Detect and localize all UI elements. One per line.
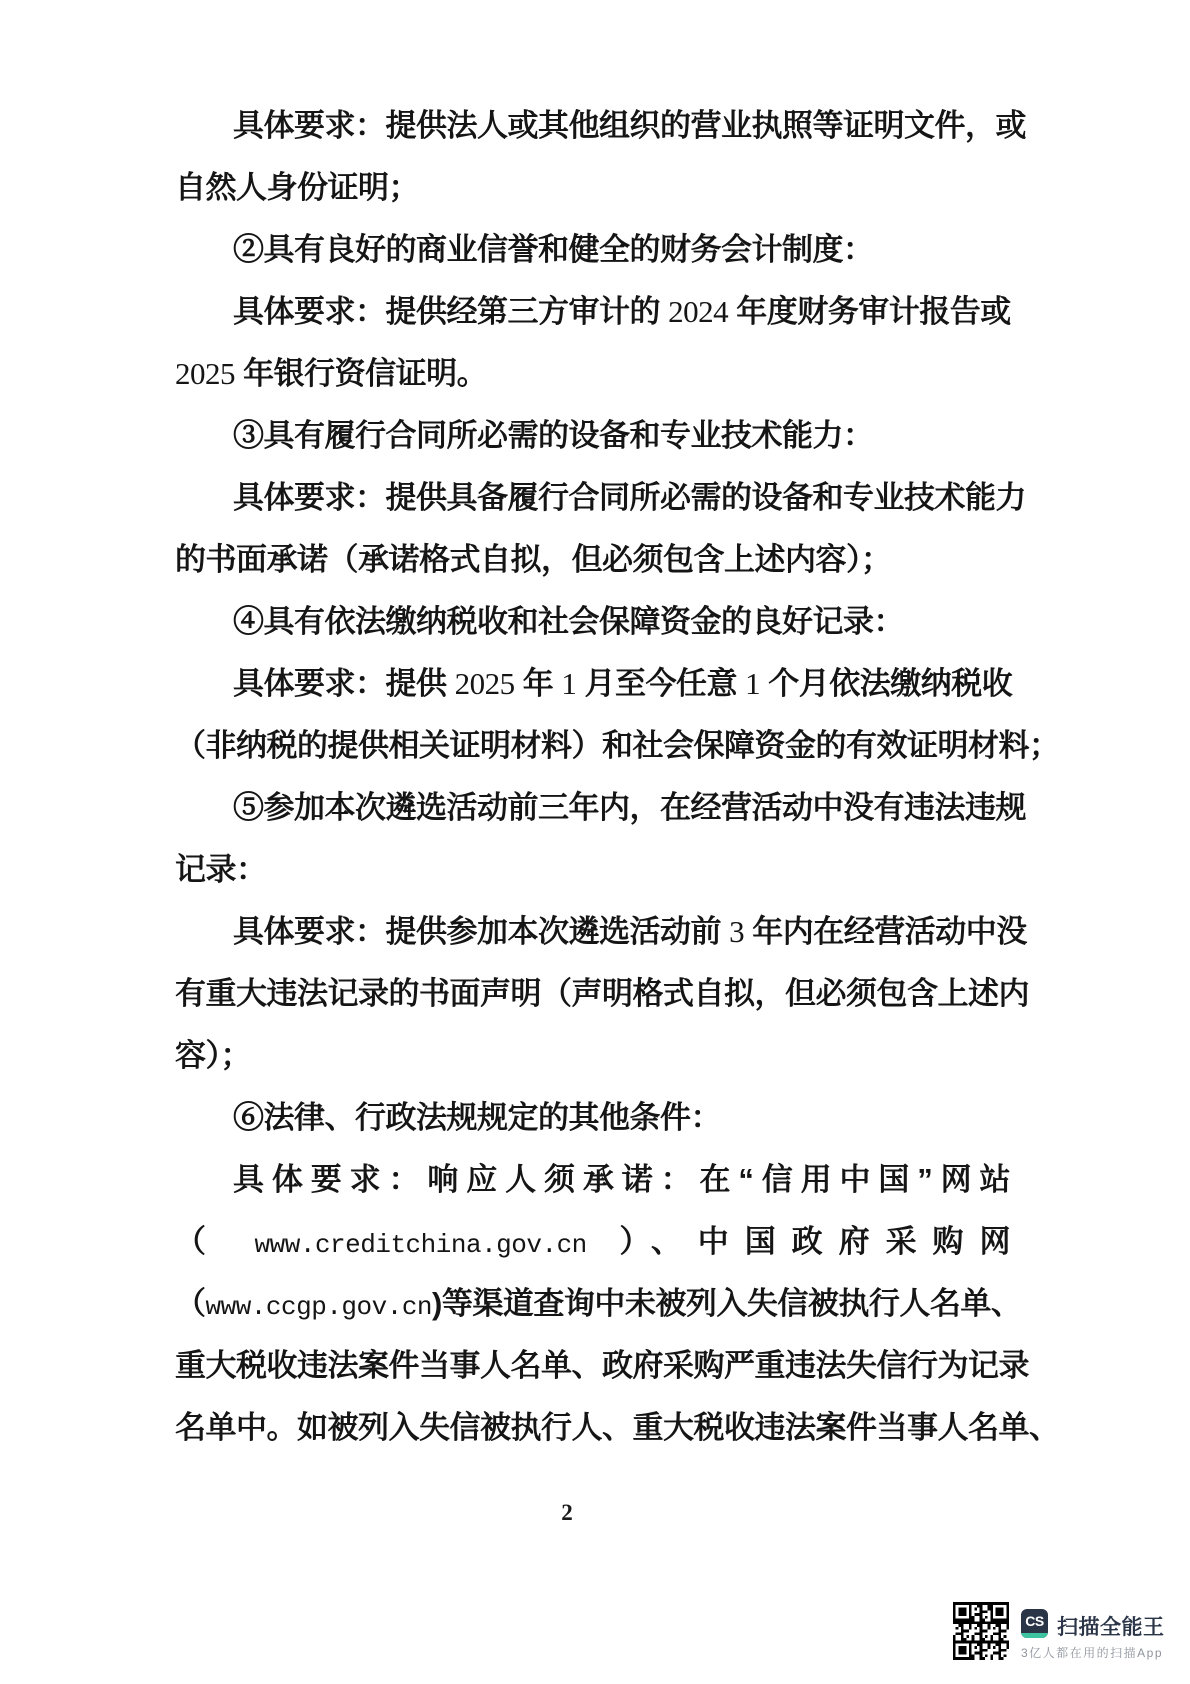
text-segment: 的书面承诺（承诺格式自拟，但必须包含上述内容）； xyxy=(175,542,892,577)
text-segment: 年 xyxy=(515,666,562,701)
text-line: ④具有依法缴纳税收和社会保障资金的良好记录： xyxy=(175,591,1015,653)
camscanner-logo-accent xyxy=(1021,1633,1048,1638)
document-body: 具体要求：提供法人或其他组织的营业执照等证明文件，或自然人身份证明；②具有良好的… xyxy=(175,95,1015,1459)
text-line: （ www.creditchina.gov.cn ）、中国政府采购网 xyxy=(175,1211,1015,1273)
text-segment: 具体要求：响应人须承诺：在“信用中国”网站 xyxy=(233,1162,1015,1197)
text-segment: 1 xyxy=(745,666,760,701)
text-segment: 记录： xyxy=(175,852,267,887)
text-segment: 年度财务审计报告或 xyxy=(728,294,1011,329)
text-line: 的书面承诺（承诺格式自拟，但必须包含上述内容）； xyxy=(175,529,1015,591)
text-line: 具体要求：提供具备履行合同所必需的设备和专业技术能力 xyxy=(175,467,1015,529)
text-segment: （ xyxy=(175,1286,206,1321)
text-segment: www.ccgp.gov.cn xyxy=(206,1292,433,1322)
text-line: （非纳税的提供相关证明材料）和社会保障资金的有效证明材料； xyxy=(175,715,1015,777)
text-segment: www.creditchina.gov.cn xyxy=(255,1230,587,1260)
text-line: （www.ccgp.gov.cn)等渠道查询中未被列入失信被执行人名单、 xyxy=(175,1273,1015,1335)
text-segment: 1 xyxy=(561,666,576,701)
text-line: 有重大违法记录的书面声明（声明格式自拟，但必须包含上述内 xyxy=(175,963,1015,1025)
text-line: 容）； xyxy=(175,1025,1015,1087)
text-line: 重大税收违法案件当事人名单、政府采购严重违法失信行为记录 xyxy=(175,1335,1015,1397)
text-segment: （非纳税的提供相关证明材料）和社会保障资金的有效证明材料； xyxy=(175,728,1060,763)
text-segment: ⑤参加本次遴选活动前三年内，在经营活动中没有违法违规 xyxy=(233,790,1026,825)
text-segment: 有重大违法记录的书面声明（声明格式自拟，但必须包含上述内 xyxy=(175,976,1029,1011)
camscanner-logo-text: CS xyxy=(1021,1609,1048,1633)
text-line: 具体要求：提供参加本次遴选活动前 3 年内在经营活动中没 xyxy=(175,901,1015,963)
text-line: ⑥法律、行政法规规定的其他条件： xyxy=(175,1087,1015,1149)
camscanner-app-name: 扫描全能王 xyxy=(1057,1611,1165,1641)
text-line: ③具有履行合同所必需的设备和专业技术能力： xyxy=(175,405,1015,467)
text-line: ⑤参加本次遴选活动前三年内，在经营活动中没有违法违规 xyxy=(175,777,1015,839)
qr-code-icon xyxy=(953,1602,1009,1660)
text-segment: 具体要求：提供法人或其他组织的营业执照等证明文件，或 xyxy=(233,108,1026,143)
text-segment: 月至今任意 xyxy=(576,666,745,701)
text-segment: 容）； xyxy=(175,1038,251,1073)
page-number: 2 xyxy=(0,1500,1134,1526)
text-segment: ②具有良好的商业信誉和健全的财务会计制度： xyxy=(233,232,874,267)
text-line: 自然人身份证明； xyxy=(175,157,1015,219)
text-segment: 具体要求：提供经第三方审计的 xyxy=(233,294,668,329)
text-segment: 3 xyxy=(729,914,744,949)
text-segment: 2024 xyxy=(668,294,728,329)
camscanner-logo-icon: CS xyxy=(1021,1609,1048,1638)
text-segment: 自然人身份证明； xyxy=(175,170,419,205)
text-line: 具体要求：提供法人或其他组织的营业执照等证明文件，或 xyxy=(175,95,1015,157)
text-segment: ④具有依法缴纳税收和社会保障资金的良好记录： xyxy=(233,604,904,639)
text-line: 名单中。如被列入失信被执行人、重大税收违法案件当事人名单、 xyxy=(175,1397,1015,1459)
text-segment: 个月依法缴纳税收 xyxy=(760,666,1012,701)
document-page: 具体要求：提供法人或其他组织的营业执照等证明文件，或自然人身份证明；②具有良好的… xyxy=(0,0,1190,1684)
text-segment: )等渠道查询中未被列入失信被执行人名单、 xyxy=(432,1286,1021,1321)
text-segment: 年内在经营活动中没 xyxy=(744,914,1027,949)
text-line: ②具有良好的商业信誉和健全的财务会计制度： xyxy=(175,219,1015,281)
text-segment: 2025 xyxy=(175,356,235,391)
text-line: 2025 年银行资信证明。 xyxy=(175,343,1015,405)
text-line: 具体要求：响应人须承诺：在“信用中国”网站 xyxy=(175,1149,1015,1211)
text-line: 具体要求：提供经第三方审计的 2024 年度财务审计报告或 xyxy=(175,281,1015,343)
text-segment: ⑥法律、行政法规规定的其他条件： xyxy=(233,1100,721,1135)
text-segment: ③具有履行合同所必需的设备和专业技术能力： xyxy=(233,418,874,453)
text-segment: ）、中国政府采购网 xyxy=(587,1224,1015,1259)
text-segment: 2025 xyxy=(455,666,515,701)
text-segment: 具体要求：提供参加本次遴选活动前 xyxy=(233,914,729,949)
text-segment: 年银行资信证明。 xyxy=(235,356,487,391)
text-line: 记录： xyxy=(175,839,1015,901)
camscanner-tagline: 3亿人都在用的扫描App xyxy=(1021,1644,1163,1661)
text-segment: 名单中。如被列入失信被执行人、重大税收违法案件当事人名单、 xyxy=(175,1410,1060,1445)
text-segment: 重大税收违法案件当事人名单、政府采购严重违法失信行为记录 xyxy=(175,1348,1029,1383)
text-segment: 具体要求：提供 xyxy=(233,666,455,701)
text-segment: 具体要求：提供具备履行合同所必需的设备和专业技术能力 xyxy=(233,480,1026,515)
text-line: 具体要求：提供 2025 年 1 月至今任意 1 个月依法缴纳税收 xyxy=(175,653,1015,715)
text-segment: （ xyxy=(175,1224,255,1259)
